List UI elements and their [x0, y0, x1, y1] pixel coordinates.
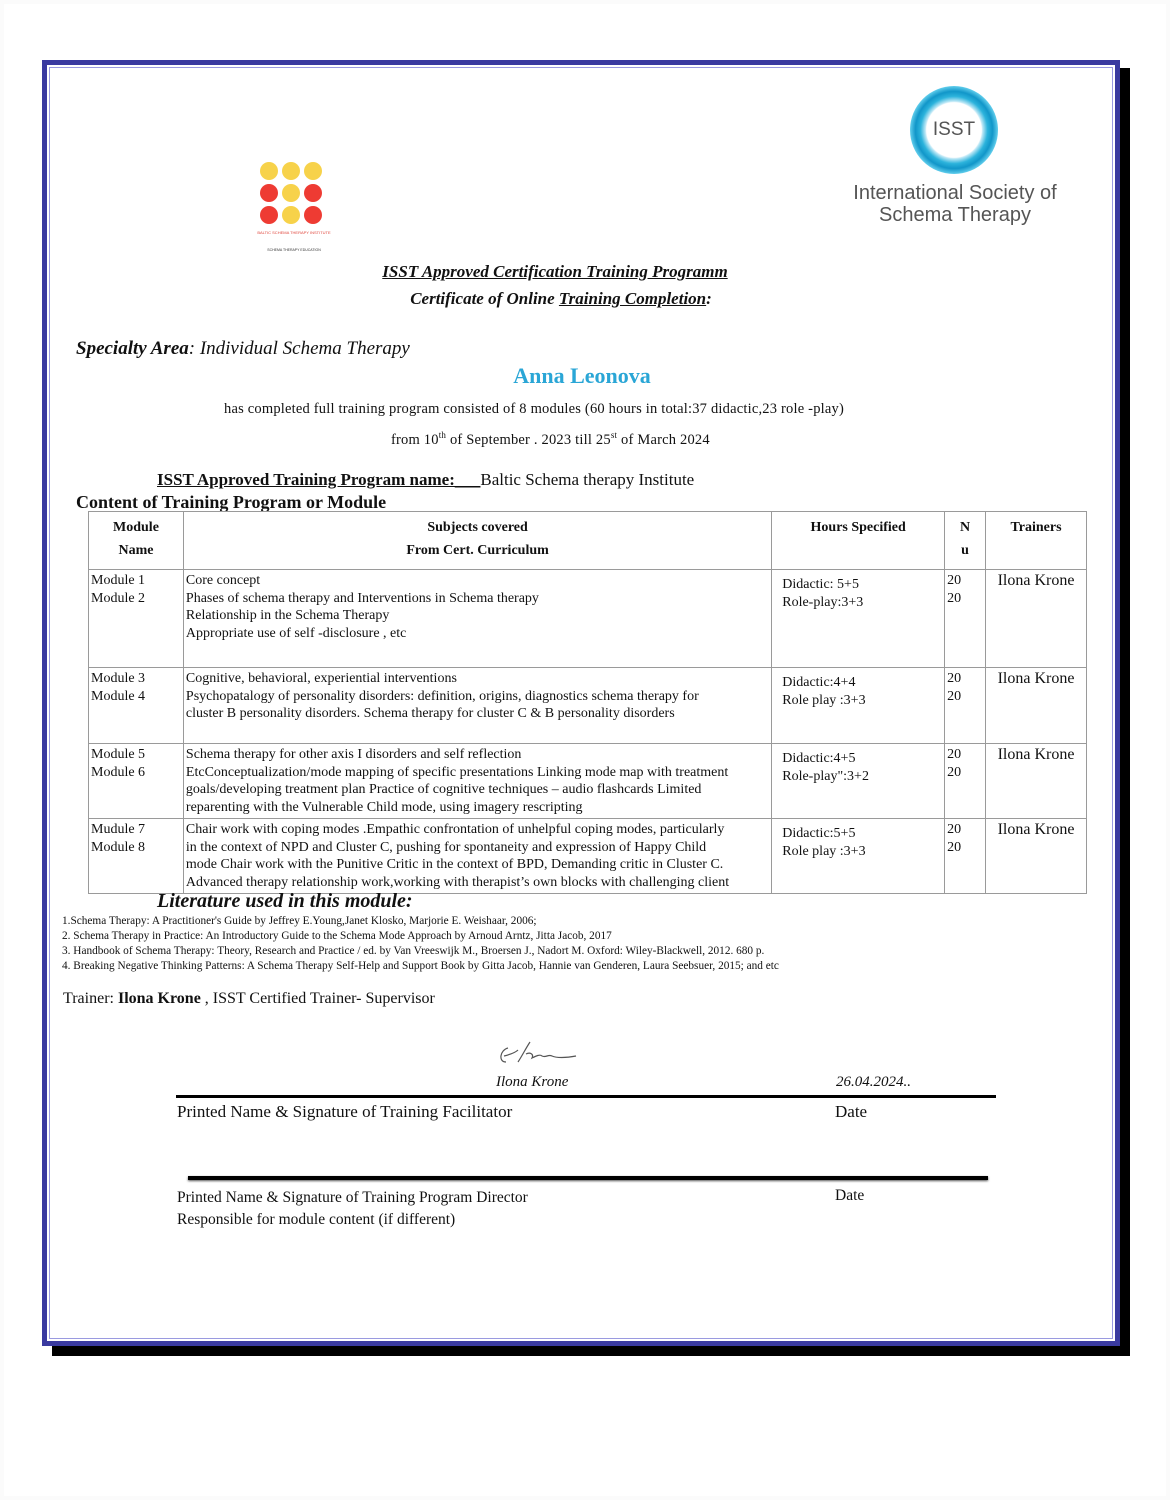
module-names: Mudule 7Module 8	[89, 819, 184, 894]
recipient-name: Anna Leonova	[0, 363, 1164, 389]
program-name: ISST Approved Training Program name:___B…	[157, 470, 694, 490]
certificate-title: ISST Approved Certification Training Pro…	[0, 262, 1110, 282]
trainer-cell: Ilona Krone	[986, 819, 1087, 894]
col-hours: Hours Specified	[772, 512, 945, 570]
num-cell: 2020	[945, 570, 986, 668]
table-row: Module 3Module 4Cognitive, behavioral, e…	[89, 668, 1087, 744]
director-label: Printed Name & Signature of Training Pro…	[177, 1187, 528, 1231]
trainer-statement: Trainer: Ilona Krone , ISST Certified Tr…	[63, 990, 435, 1008]
modules-table: ModuleName Subjects coveredFrom Cert. Cu…	[88, 511, 1087, 894]
literature-item: 3. Handbook of Schema Therapy: Theory, R…	[62, 944, 779, 959]
isst-logo: ISST International Society of Schema The…	[850, 84, 1060, 234]
hours-cell: Didactic: 5+5Role-play:3+3	[772, 570, 945, 668]
literature-item: 2. Schema Therapy in Practice: An Introd…	[62, 929, 779, 944]
facilitator-date: 26.04.2024..	[836, 1074, 911, 1091]
trainer-cell: Ilona Krone	[986, 668, 1087, 744]
col-subjects: Subjects coveredFrom Cert. Curriculum	[183, 512, 771, 570]
logo-dot	[304, 206, 322, 224]
completion-statement: has completed full training program cons…	[224, 401, 844, 418]
col-module: ModuleName	[89, 512, 184, 570]
table-row: Mudule 7Module 8Chair work with coping m…	[89, 819, 1087, 894]
subjects-cell: Schema therapy for other axis I disorder…	[183, 744, 771, 819]
literature-heading: Literature used in this module:	[157, 890, 413, 913]
module-names: Module 1Module 2	[89, 570, 184, 668]
num-cell: 2020	[945, 668, 986, 744]
director-signature-line	[188, 1176, 988, 1180]
logo-dot	[260, 206, 278, 224]
logo-dot	[304, 184, 322, 202]
date-label-2: Date	[835, 1187, 864, 1205]
certificate-subtitle: Certificate of Online Training Completio…	[0, 289, 1122, 309]
literature-item: 1.Schema Therapy: A Practitioner's Guide…	[62, 914, 779, 929]
isst-abbr: ISST	[910, 119, 998, 141]
col-num: Nu	[945, 512, 986, 570]
table-header-row: ModuleName Subjects coveredFrom Cert. Cu…	[89, 512, 1087, 570]
table-row: Module 5Module 6Schema therapy for other…	[89, 744, 1087, 819]
col-trainers: Trainers	[986, 512, 1087, 570]
subjects-cell: Chair work with coping modes .Empathic c…	[183, 819, 771, 894]
baltic-logo-subtitle: SCHEMA THERAPY EDUCATION	[232, 248, 356, 252]
logo-dot	[282, 206, 300, 224]
hours-cell: Didactic:4+4Role play :3+3	[772, 668, 945, 744]
facilitator-signature-line	[176, 1095, 996, 1098]
num-cell: 2020	[945, 819, 986, 894]
logo-dot	[260, 162, 278, 180]
baltic-dots-icon	[260, 162, 326, 224]
hours-cell: Didactic:5+5Role play :3+3	[772, 819, 945, 894]
facilitator-printed-name: Ilona Krone	[496, 1074, 568, 1091]
training-dates: from 10th of September . 2023 till 25st …	[391, 430, 710, 449]
subjects-cell: Core conceptPhases of schema therapy and…	[183, 570, 771, 668]
isst-name-line2: Schema Therapy	[850, 204, 1060, 226]
date-label-1: Date	[835, 1102, 867, 1122]
baltic-institute-logo: BALTIC SCHEMA THERAPY INSTITUTE SCHEMA T…	[232, 150, 356, 268]
logo-dot	[282, 162, 300, 180]
logo-dot	[260, 184, 278, 202]
table-row: Module 1Module 2Core conceptPhases of sc…	[89, 570, 1087, 668]
trainer-cell: Ilona Krone	[986, 744, 1087, 819]
subjects-cell: Cognitive, behavioral, experiential inte…	[183, 668, 771, 744]
logo-dot	[282, 184, 300, 202]
specialty-area: Specialty Area: Individual Schema Therap…	[76, 338, 410, 360]
trainer-cell: Ilona Krone	[986, 570, 1087, 668]
num-cell: 2020	[945, 744, 986, 819]
baltic-logo-name: BALTIC SCHEMA THERAPY INSTITUTE	[232, 230, 356, 235]
signature-icon	[496, 1036, 586, 1070]
logo-dot	[304, 162, 322, 180]
hours-cell: Didactic:4+5Role-play":3+2	[772, 744, 945, 819]
module-names: Module 5Module 6	[89, 744, 184, 819]
literature-list: 1.Schema Therapy: A Practitioner's Guide…	[62, 914, 779, 974]
content-heading: Content of Training Program or Module	[76, 492, 386, 513]
literature-item: 4. Breaking Negative Thinking Patterns: …	[62, 959, 779, 974]
module-names: Module 3Module 4	[89, 668, 184, 744]
isst-name: International Society of Schema Therapy	[850, 182, 1060, 226]
isst-ring-icon: ISST	[910, 86, 998, 174]
facilitator-label: Printed Name & Signature of Training Fac…	[177, 1102, 512, 1122]
isst-name-line1: International Society of	[850, 182, 1060, 204]
